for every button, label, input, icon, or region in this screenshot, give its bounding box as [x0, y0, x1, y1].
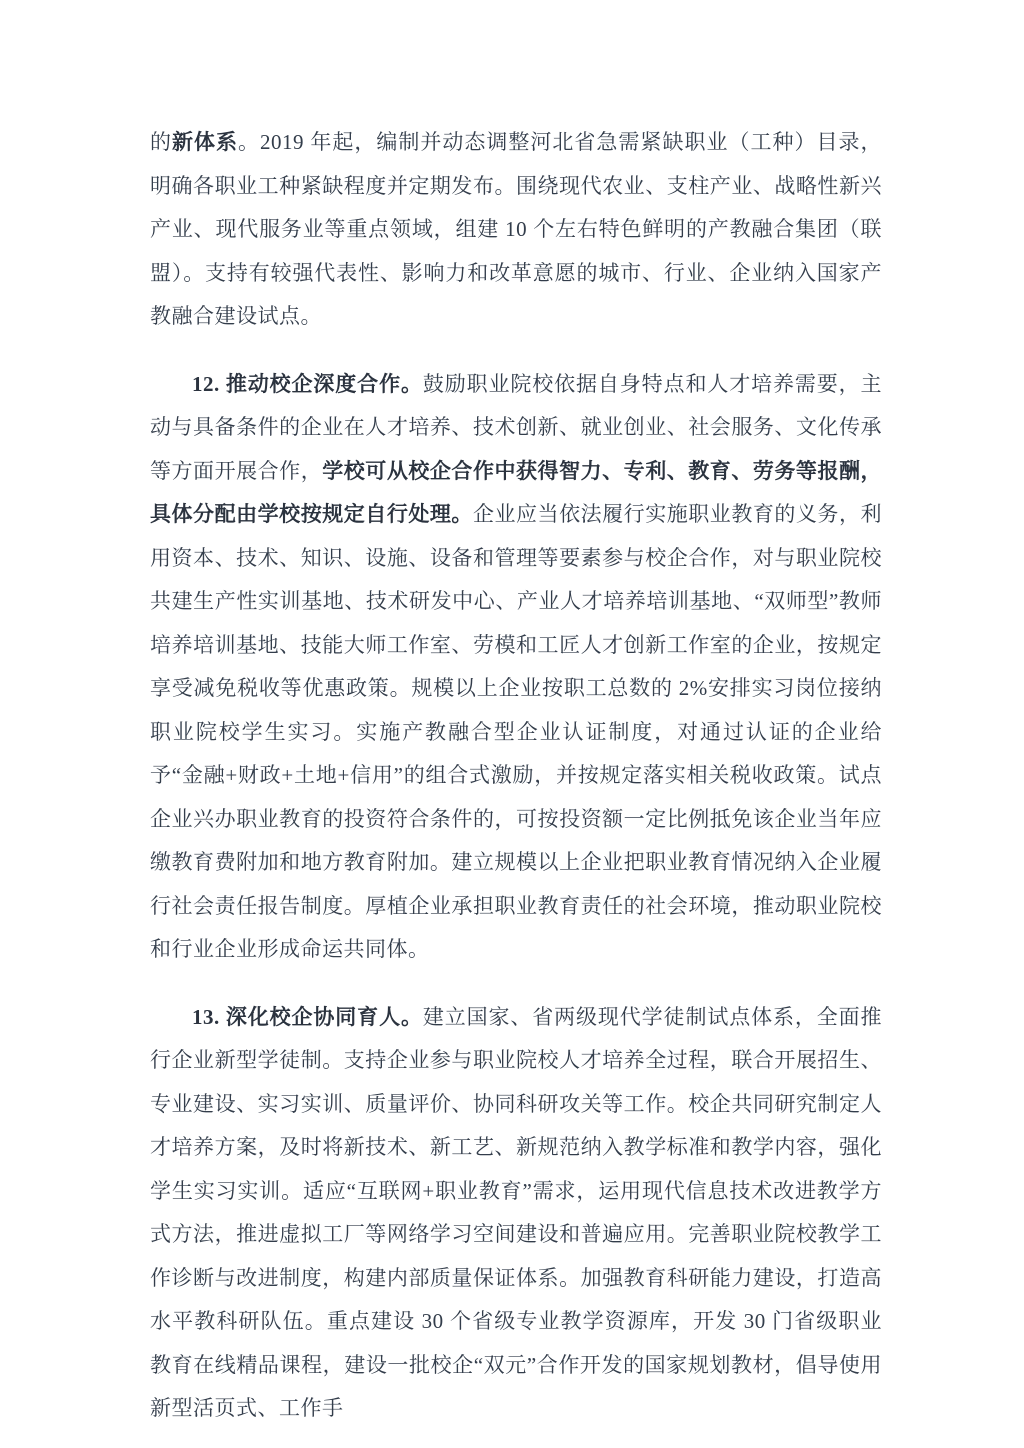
paragraph-1: 的新体系。2019 年起，编制并动态调整河北省急需紧缺职业（工种）目录，明确各职… [150, 121, 882, 339]
text-run: 新体系 [172, 130, 238, 154]
text-run: 企业应当依法履行实施职业教育的义务，利用资本、技术、知识、设施、设备和管理等要素… [150, 502, 882, 961]
document-body: 的新体系。2019 年起，编制并动态调整河北省急需紧缺职业（工种）目录，明确各职… [150, 121, 882, 1431]
paragraph-2: 12. 推动校企深度合作。鼓励职业院校依据自身特点和人才培养需要，主动与具备条件… [150, 363, 882, 972]
document-page: 的新体系。2019 年起，编制并动态调整河北省急需紧缺职业（工种）目录，明确各职… [0, 0, 1024, 1448]
text-run: 建立国家、省两级现代学徒制试点体系，全面推行企业新型学徒制。支持企业参与职业院校… [150, 1005, 882, 1421]
text-run: 13. 深化校企协同育人。 [192, 1005, 423, 1029]
paragraph-3: 13. 深化校企协同育人。建立国家、省两级现代学徒制试点体系，全面推行企业新型学… [150, 996, 882, 1431]
text-run: 。2019 年起，编制并动态调整河北省急需紧缺职业（工种）目录，明确各职业工种紧… [150, 130, 882, 328]
text-run: 12. 推动校企深度合作。 [192, 372, 423, 396]
text-run: 的 [150, 130, 172, 154]
